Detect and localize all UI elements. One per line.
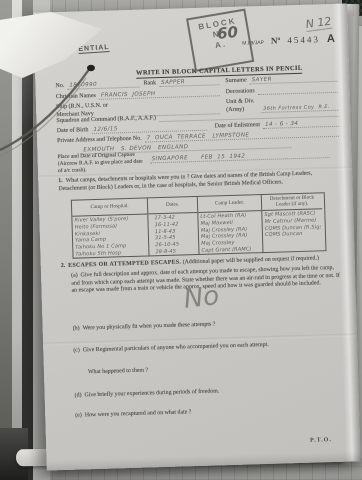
answer-no-handwritten: No [182,281,221,315]
question-2b-label: (b) [73,326,80,332]
table-cell: Capt Grant (RAMC) [201,246,260,255]
question-2a-label: (a) [71,273,78,279]
pencil-annotation: N 12 [305,15,332,32]
field-capture-value: SINGAPORE FEB 15 1942 [152,154,246,163]
camp-table: Camp or Hospital. River Valley (S'pore) … [71,192,327,259]
question-2d-text: Give briefly your experiences during per… [84,388,219,398]
camp-table-column-leader: Camp Leader. Lt-Col Heath (RA) Maj Maxwe… [198,195,264,255]
mi9-label: M.I.9/JAP [242,40,264,47]
serial-number: 45443 [287,34,320,45]
field-decorations: Decorations [226,85,338,96]
question-2-number: 2. [61,263,66,269]
field-rank-value: SAPPER [161,79,185,86]
serial-suffix: A [327,33,335,45]
question-2b-text: Were you physically fit when you made th… [82,321,215,331]
binding-thread [0,38,120,188]
camp-table-column-dates: Dates. 17-3-42 16-11-42 11-8-43 31-5-45 … [148,197,200,256]
field-surname-label: Surname [225,77,247,85]
camp-table-header: Camp Leader. [198,195,261,213]
pto-footer: P.T.O. [310,437,332,444]
no-symbol: Nº [271,35,281,45]
question-2b: (b)Were you physically fit when you made… [73,318,333,333]
question-2-note: (Additional paper will be supplied on re… [183,255,319,265]
question-2c-label: (c) [73,348,80,354]
field-surname-value: SAYER [252,77,272,84]
question-2e-label: (e) [75,412,82,418]
question-2e: (e)How were you recaptured and on what d… [75,405,335,420]
question-2d: (d)Give briefly your experiences during … [75,385,335,400]
field-capture: SINGAPORE FEB 15 1942 [150,150,330,163]
table-cell: 28-8-45 [155,248,196,256]
table-cell: CQMS Duncan [265,231,321,239]
question-2e-text: How were you recaptured and on what date… [85,409,192,418]
question-2d-label: (d) [75,392,82,398]
serial-number-row: M.I.9/JAP Nº 45443 A [242,33,335,48]
camp-table-header: Dates. [148,197,197,214]
field-rank-label: Rank [143,80,156,88]
field-rank: Rank SAPPER [143,77,219,87]
camp-table-header: Detachment or Block Leader (if any). [262,193,322,211]
question-2-title: ESCAPES OR ATTEMPTED ESCAPES. [68,259,181,268]
camp-table-column-camp: Camp or Hospital. River Valley (S'pore) … [72,198,150,258]
question-2c-followup-text: What happened to them ? [88,368,148,376]
block-number-handwritten: 60 [216,23,239,44]
field-enlistment-value: 14 - 6 - 34 [265,121,299,128]
question-2c-followup: What happened to them ? [88,363,288,377]
punch-hole [87,65,95,71]
field-enlistment-label: Date of Enlistment [215,122,261,131]
decorations-blank-line [258,85,338,95]
camp-table-column-block-leader: Detachment or Block Leader (if any). Sgt… [262,193,324,253]
table-cell: Taihoku 5th Hosp [75,249,146,258]
field-decorations-label: Decorations [226,88,255,96]
field-address-value-1: 7 OUCA TERRACE LYMPSTONE [147,132,250,141]
question-2c-text: Give Regimental particulars of anyone wh… [83,342,269,354]
